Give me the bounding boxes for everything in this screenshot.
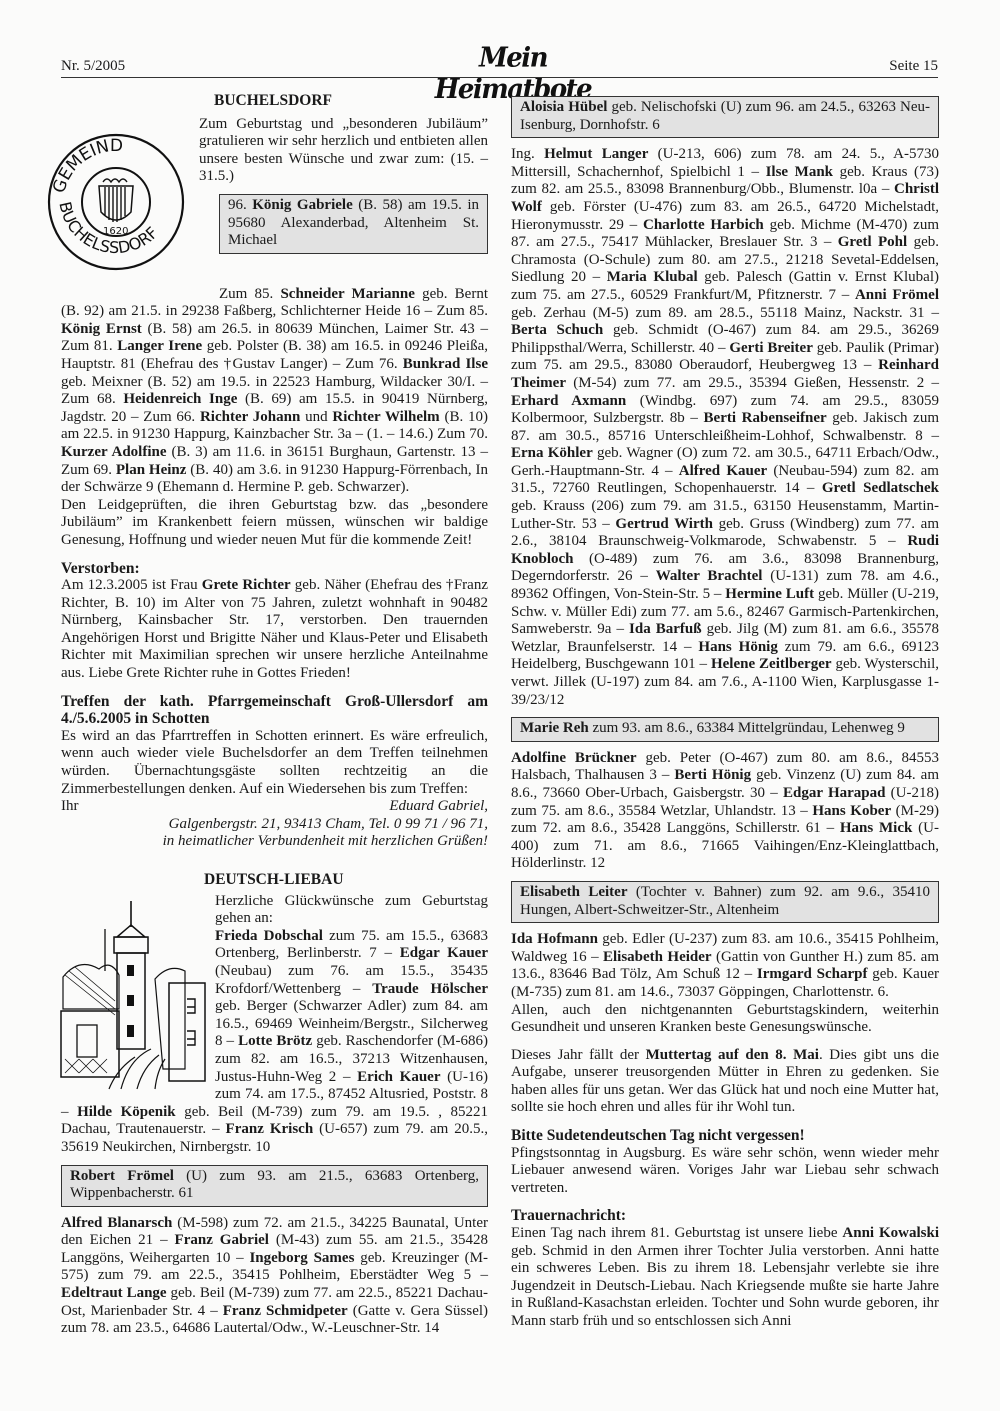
- highlight-box-marie-reh: Marie Reh zum 93. am 8.6., 63384 Mittelg…: [511, 717, 939, 742]
- text-run: geb. Zerhau (M-5) zum 89. am 28.5., 5511…: [511, 305, 939, 321]
- mourning-notice: Einen Tag nach ihrem 81. Geburtstag ist …: [511, 1225, 939, 1331]
- text-run: Am 12.3.2005 ist Frau: [61, 577, 202, 593]
- deutsch-liebau-birthday-list-2: Alfred Blanarsch (M-598) zum 72. am 21.5…: [61, 1215, 488, 1338]
- newspaper-page: Nr. 5/2005 Mein Heimatbote Seite 15 BUCH…: [0, 0, 1000, 1411]
- person-name: König Ernst: [61, 321, 142, 337]
- signature-address: Galgenbergstr. 21, 93413 Cham, Tel. 0 99…: [61, 816, 488, 834]
- person-name: Helmut Langer: [544, 146, 648, 162]
- birthday-list-1: Ing. Helmut Langer (U-213, 606) zum 78. …: [511, 146, 939, 709]
- person-name: Anni Frömel: [855, 287, 939, 303]
- text-run: geb. Schmid in den Armen ihrer Tochter J…: [511, 1243, 939, 1329]
- person-name: Gretl Sedlatschek: [822, 480, 939, 496]
- person-name: Elisabeth Leiter: [520, 884, 628, 900]
- highlight-box-koenig-gabriele: 96. König Gabriele (B. 58) am 19.5. in 9…: [219, 194, 488, 254]
- municipal-seal-icon: GEMEIND BUCHELSSDORF 1620: [41, 124, 191, 286]
- right-column: Aloisia Hübel geb. Nelischofski (U) zum …: [511, 96, 939, 1331]
- person-name: Gerti Breiter: [729, 340, 813, 356]
- header-rule: [61, 77, 938, 78]
- person-name: Frieda Dobschal: [215, 928, 323, 944]
- person-name: Plan Heinz: [116, 462, 187, 478]
- person-name: Adolfine Brückner: [511, 750, 637, 766]
- person-name: Lotte Brötz: [238, 1033, 312, 1049]
- mourning-heading: Trauernachricht:: [511, 1207, 939, 1225]
- text-run: zum 93. am 8.6., 63384 Mittelgründau, Le…: [589, 720, 905, 736]
- person-name: Hans Kober: [812, 803, 891, 819]
- person-name: Alfred Kauer: [679, 463, 767, 479]
- sudeten-day-heading: Bitte Sudetendeutschen Tag nicht vergess…: [511, 1127, 939, 1145]
- svg-text:1620: 1620: [103, 226, 128, 237]
- person-name: Edeltraut Lange: [61, 1285, 167, 1301]
- person-name: Grete Richter: [202, 577, 291, 593]
- person-name: Langer Irene: [117, 338, 202, 354]
- person-name: Gertrud Wirth: [615, 516, 713, 532]
- person-name: Anni Kowalski: [842, 1225, 939, 1241]
- left-column: BUCHELSDORF GEMEIND BUCHELSSDORF 1620 Zu…: [61, 91, 488, 1338]
- person-name: Muttertag auf den 8. Mai: [646, 1047, 819, 1063]
- person-name: Schneider Marianne: [280, 286, 414, 302]
- person-name: Alfred Blanarsch: [61, 1215, 172, 1231]
- signature-ihr: Ihr: [61, 798, 79, 816]
- meeting-text: Es wird an das Pfarrtreffen in Schotten …: [61, 728, 488, 798]
- person-name: Irmgard Scharpf: [757, 966, 868, 982]
- text-run: (M-54) zum 77. am 29.5., 35394 Gießen, H…: [566, 375, 939, 391]
- person-name: Erna Köhler: [511, 445, 593, 461]
- person-name: Robert Frömel: [70, 1168, 174, 1184]
- person-name: Hans Mick: [840, 820, 912, 836]
- church-drawing-icon: [59, 899, 209, 1091]
- issue-number: Nr. 5/2005: [61, 58, 125, 75]
- person-name: Hans Hönig: [698, 639, 777, 655]
- text-run: Einen Tag nach ihrem 81. Geburtstag ist …: [511, 1225, 842, 1241]
- person-name: Walter Brachtel: [656, 568, 763, 584]
- person-name: Ilse Mank: [766, 164, 833, 180]
- person-name: Heidenreich Inge: [123, 391, 237, 407]
- person-name: Edgar Harapad: [783, 785, 885, 801]
- text-run: Zum 85.: [219, 286, 280, 302]
- person-name: Bunkrad Ilse: [403, 356, 488, 372]
- person-name: Berti Rabenseifner: [704, 410, 827, 426]
- person-name: Ingeborg Sames: [249, 1250, 354, 1266]
- person-name: Ida Hofmann: [511, 931, 598, 947]
- person-name: Erhard Axmann: [511, 393, 626, 409]
- birthday-list-2: Adolfine Brückner geb. Peter (O-467) zum…: [511, 750, 939, 873]
- page-number: Seite 15: [889, 58, 938, 75]
- person-name: Kurzer Adolfine: [61, 444, 167, 460]
- signature-greeting: in heimatlicher Verbundenheit mit herzli…: [61, 833, 488, 851]
- person-name: Berti Hönig: [674, 767, 751, 783]
- text-run: Dieses Jahr fällt der: [511, 1047, 646, 1063]
- text-run: und: [300, 409, 332, 425]
- person-name: Maria Klubal: [607, 269, 698, 285]
- highlight-box-robert-froemel: Robert Frömel (U) zum 93. am 21.5., 6368…: [61, 1165, 488, 1207]
- deceased-heading: Verstorben:: [61, 560, 488, 578]
- general-wishes: Allen, auch den nichtgenannten Geburtsta…: [511, 1002, 939, 1037]
- person-name: Charlotte Harbich: [643, 217, 764, 233]
- sudeten-day-text: Pfingstsonntag in Augsburg. Es wäre sehr…: [511, 1145, 939, 1198]
- person-name: Erich Kauer: [357, 1069, 440, 1085]
- text-run: Ing.: [511, 146, 544, 162]
- person-name: Ida Barfuß: [629, 621, 702, 637]
- text-run: 96.: [228, 197, 252, 213]
- person-name: Franz Gabriel: [175, 1232, 269, 1248]
- person-name: Hilde Köpenik: [77, 1104, 176, 1120]
- person-name: Hermine Luft: [725, 586, 814, 602]
- section-heading-deutsch-liebau: DEUTSCH-LIEBAU: [204, 871, 488, 889]
- sick-wishes: Den Leidgeprüften, die ihren Geburtstag …: [61, 497, 488, 550]
- person-name: Marie Reh: [520, 720, 589, 736]
- meeting-heading: Treffen der kath. Pfarrgemeinschaft Groß…: [61, 693, 488, 728]
- birthday-list-3: Ida Hofmann geb. Edler (U-237) zum 83. a…: [511, 931, 939, 1001]
- person-name: Helene Zeitlberger: [711, 656, 832, 672]
- person-name: Franz Krisch: [226, 1121, 314, 1137]
- person-name: Aloisia Hübel: [520, 99, 607, 115]
- person-name: Berta Schuch: [511, 322, 603, 338]
- highlight-box-aloisia-huebel: Aloisia Hübel geb. Nelischofski (U) zum …: [511, 96, 939, 138]
- person-name: Gretl Pohl: [838, 234, 907, 250]
- person-name: Traude Hölscher: [372, 981, 488, 997]
- person-name: Richter Johann: [200, 409, 300, 425]
- signature-name: Eduard Gabriel,: [389, 798, 488, 816]
- person-name: Edgar Kauer: [400, 945, 488, 961]
- person-name: Elisabeth Heider: [603, 949, 712, 965]
- section-heading-buchelsdorf: BUCHELSDORF: [214, 92, 488, 110]
- highlight-box-elisabeth-leiter: Elisabeth Leiter (Tochter v. Bahner) zum…: [511, 881, 939, 923]
- person-name: Richter Wilhelm: [332, 409, 439, 425]
- buchelsdorf-birthday-list: Zum 85. Schneider Marianne geb. Bernt (B…: [61, 286, 488, 497]
- mothers-day-notice: Dieses Jahr fällt der Muttertag auf den …: [511, 1047, 939, 1117]
- person-name: Franz Schmidpeter: [223, 1303, 348, 1319]
- deceased-notice: Am 12.3.2005 ist Frau Grete Richter geb.…: [61, 577, 488, 683]
- signature-line: Ihr Eduard Gabriel,: [61, 798, 488, 816]
- person-name: König Gabriele: [252, 197, 353, 213]
